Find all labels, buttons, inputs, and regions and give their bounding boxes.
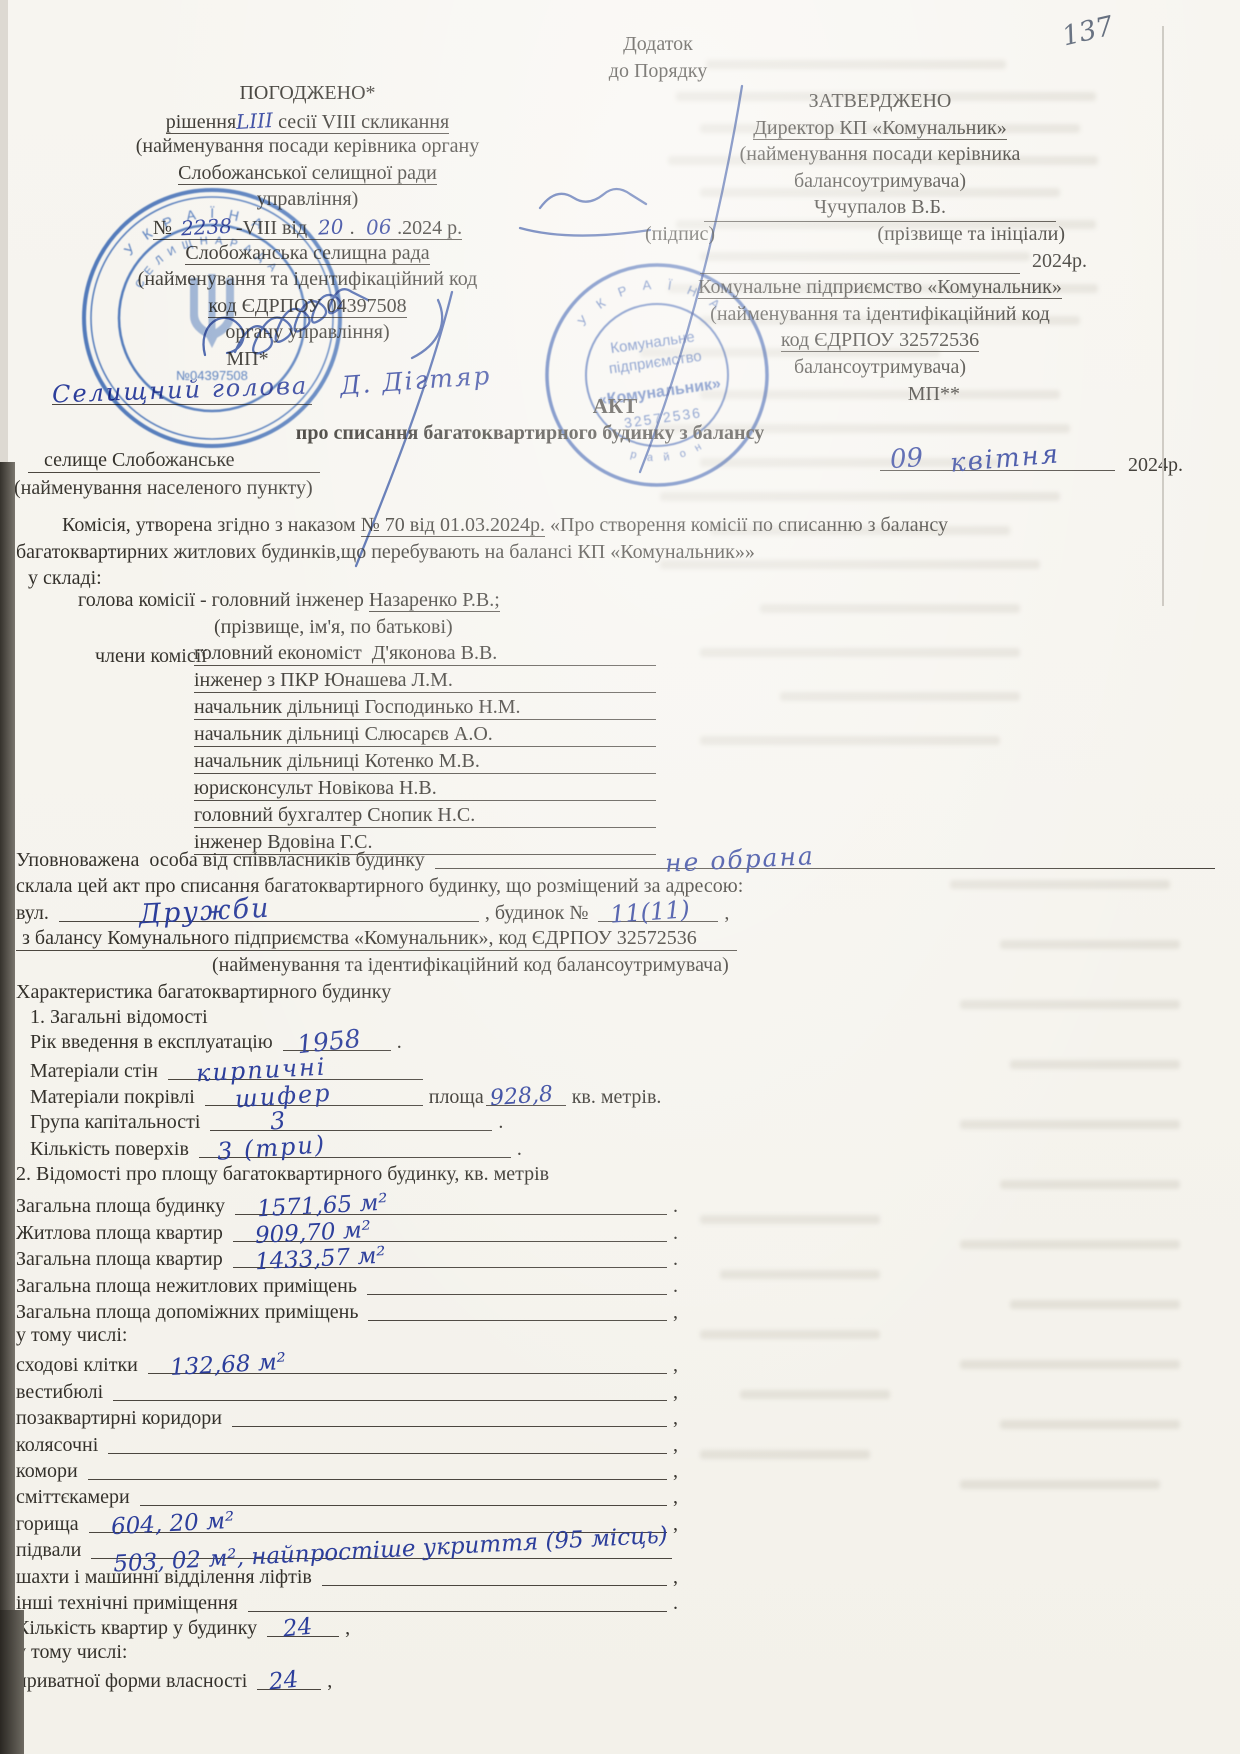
scan-edge-top-left — [0, 0, 8, 462]
agreed-caption-head: (найменування посади керівника органу — [40, 135, 575, 162]
agreed-decision-suffix: сесії VIII скликання — [273, 111, 449, 133]
address-tail: , — [724, 902, 729, 925]
including-label-2: у тому числі: — [16, 1641, 127, 1664]
settlement-caption: (найменування населеного пункту) — [14, 477, 313, 500]
commission-paragraph-line2: багатоквартирних житлових будинків,що пе… — [16, 539, 1216, 566]
apartments-count-line: Кількість квартир у будинку 24 , — [16, 1614, 436, 1640]
agreed-session-handwritten: LIII — [236, 108, 274, 134]
commission-paragraph-line3: у складі: — [16, 565, 1216, 592]
year-built-label: Рік введення в експлуатацію — [30, 1031, 273, 1054]
form-row-tail: . — [673, 1222, 678, 1245]
form-row-tail: , — [673, 1381, 678, 1404]
capital-group-fill: 3 — [210, 1108, 492, 1131]
form-row-line: 503, 02 м², найпростіше укриття (95 місц… — [91, 1536, 672, 1559]
annex-line2: до Порядку — [578, 59, 738, 86]
approved-name: Чучупалов В.Б. — [704, 194, 1056, 221]
form-row-label: сміттєкамери — [16, 1486, 130, 1509]
commission-paragraph-line1: Комісія, утворена згідно з наказом № 70 … — [16, 512, 1216, 539]
form-row: Загальна площа нежитлових приміщень . — [16, 1271, 678, 1297]
member-name: головний бухгалтер Снопик Н.С. — [194, 804, 656, 828]
roof-area-fill: 928,8 — [486, 1083, 566, 1106]
approved-title: ЗАТВЕРДЖЕНО — [600, 88, 1160, 115]
form-row-tail: , — [673, 1513, 678, 1536]
form-row: вестибюлі , — [16, 1377, 678, 1403]
form-row-tail: , — [673, 1460, 678, 1483]
form-row-label: Загальна площа квартир — [16, 1248, 223, 1271]
form-row-line — [368, 1298, 667, 1321]
member-name: начальник дільниці Котенко М.В. — [194, 750, 656, 774]
capital-group-label: Група капітальності — [30, 1111, 200, 1134]
form-row-label: горища — [16, 1513, 79, 1536]
form-row-tail: , — [673, 1407, 678, 1430]
form-row-tail: , — [673, 1434, 678, 1457]
form-row-line — [367, 1272, 667, 1295]
commission-p1-start: Комісія, утворена згідно з наказом — [62, 514, 361, 536]
act-date-month-handwritten: квітня — [949, 439, 1061, 478]
commission-head-name: Назаренко Р.В.; — [369, 589, 500, 612]
form-row-label: вестибюлі — [16, 1381, 103, 1404]
member-row: начальник дільниці Слюсарєв А.О. — [194, 723, 656, 750]
private-ownership-label: приватної форми власності — [16, 1670, 247, 1693]
balance-line: з балансу Комунального підприємства «Ком… — [16, 927, 737, 951]
form-row: інші технічні приміщення . — [16, 1589, 678, 1615]
year-built-tail: . — [397, 1031, 402, 1054]
form-row-tail: . — [673, 1195, 678, 1218]
private-ownership-fill: 24 — [257, 1667, 321, 1690]
commission-head-line: голова комісії - головний інженер Назаре… — [78, 589, 500, 612]
form-row-line: 1571,65 м² — [235, 1192, 667, 1215]
act-date-line: 09 квітня 2024р. — [880, 444, 1183, 477]
commission-head-caption: (прізвище, ім'я, по батькові) — [214, 616, 453, 639]
roof-area-tail: кв. метрів. — [572, 1086, 662, 1109]
members-label: члени комісії — [95, 645, 207, 668]
agreed-decision-prefix: рішення — [166, 111, 236, 133]
agreed-title: ПОГОДЖЕНО* — [40, 82, 575, 109]
section1-heading: 1. Загальні відомості — [30, 1006, 208, 1029]
company-stamp: У К Р А Ї Н А р а й о н Комунальне підпр… — [532, 250, 782, 500]
form-row: колясочні , — [16, 1430, 678, 1456]
form-row-label: Загальна площа будинку — [16, 1195, 225, 1218]
form-row-label: Загальна площа нежитлових приміщень — [16, 1275, 357, 1298]
apartments-count-handwritten: 24 — [282, 1614, 314, 1643]
capital-group-handwritten: 3 — [269, 1107, 287, 1136]
form-row-tail: . — [673, 1592, 678, 1615]
member-row: начальник дільниці Котенко М.В. — [194, 750, 656, 777]
approved-caption-name: (прізвище та ініціали) — [877, 221, 1065, 248]
commission-order-ref: № 70 від 01.03.2024р. — [361, 514, 545, 537]
floors-tail: . — [517, 1138, 522, 1161]
address-building-handwritten: 11(11) — [610, 896, 692, 929]
member-row: головний економіст Д'яконова В.В. — [194, 642, 656, 669]
form-row-line — [88, 1457, 667, 1480]
form-row-line — [322, 1563, 667, 1586]
including-label-1: у тому числі: — [16, 1324, 127, 1347]
capital-group-tail: . — [498, 1111, 503, 1134]
member-name: юрисконсульт Новікова Н.В. — [194, 777, 656, 801]
year-built-fill: 1958 — [283, 1028, 391, 1051]
scan-edge-left-band — [0, 462, 15, 1754]
walls-fill: кирпичні — [168, 1057, 423, 1080]
scan-edge-right-line — [1162, 26, 1164, 606]
form-row-label: інші технічні приміщення — [16, 1592, 238, 1615]
trident-emblem — [190, 274, 234, 348]
act-date-day-handwritten: 09 — [889, 443, 924, 475]
address-street-line: Дружби — [59, 899, 479, 922]
roof-label: Матеріали покрівлі — [30, 1086, 195, 1109]
member-name: головний економіст Д'яконова В.В. — [194, 642, 656, 666]
annex-block: Додаток до Порядку — [578, 32, 738, 85]
approved-position-line: Директор КП «Комунальник» — [600, 115, 1160, 142]
form-row-line: 909,70 м² — [233, 1219, 667, 1242]
agreed-month-handwritten: 06 — [365, 214, 392, 239]
year-built-line: Рік введення в експлуатацію 1958 . — [30, 1028, 450, 1054]
act-subject: про списання багатоквартирного будинку з… — [0, 422, 1060, 445]
approved-sign-captions: (підпис) (прізвище та ініціали) — [600, 221, 1160, 248]
address-building-label: , будинок № — [485, 902, 589, 925]
floors-handwritten: 3 (три) — [216, 1131, 327, 1167]
private-ownership-tail: , — [327, 1670, 332, 1693]
approved-position: Директор КП «Комунальник» — [753, 117, 1007, 140]
walls-label: Матеріали стін — [30, 1060, 158, 1083]
form-row-label: колясочні — [16, 1434, 98, 1457]
form-row-tail: , — [673, 1354, 678, 1377]
settlement-name: селище Слобожанське — [28, 449, 320, 473]
form-row: комори , — [16, 1457, 678, 1483]
form-row-label: комори — [16, 1460, 78, 1483]
roof-line: Матеріали покрівлі шифер площа 928,8 кв.… — [30, 1083, 750, 1109]
form-row: позаквартирні коридори , — [16, 1404, 678, 1430]
address-building-line: 11(11) — [598, 899, 718, 922]
member-name: начальник дільниці Господинько Н.М. — [194, 696, 656, 720]
form-row-line: 1433,57 м² — [233, 1245, 667, 1268]
floors-label: Кількість поверхів — [30, 1138, 189, 1161]
private-ownership-line: приватної форми власності 24 , — [16, 1667, 396, 1693]
walls-line: Матеріали стін кирпичні — [30, 1057, 510, 1083]
approved-caption-holder: балансоутримувача) — [600, 168, 1160, 195]
member-row: юрисконсульт Новікова Н.В. — [194, 777, 656, 804]
detail-rows-list: сходові клітки 132,68 м² , вестибюлі , п… — [16, 1351, 678, 1615]
member-row: начальник дільниці Господинько Н.М. — [194, 696, 656, 723]
form-row-label: Житлова площа квартир — [16, 1222, 223, 1245]
area-rows-list: Загальна площа будинку 1571,65 м² . Житл… — [16, 1192, 678, 1324]
approved-name-line: Чучупалов В.Б. — [600, 194, 1160, 221]
member-name: інженер з ПКР Юнашева Л.М. — [194, 669, 656, 693]
private-ownership-handwritten: 24 — [268, 1667, 300, 1696]
form-row: Житлова площа квартир 909,70 м² . — [16, 1218, 678, 1244]
form-row-label: сходові клітки — [16, 1354, 138, 1377]
form-row-line — [232, 1404, 667, 1427]
form-row-line — [140, 1483, 667, 1506]
settlement-line: селище Слобожанське — [28, 449, 320, 473]
form-row-label: підвали — [16, 1539, 81, 1562]
approved-year: 2024р. — [1032, 248, 1087, 274]
address-street-label: вул. — [16, 902, 49, 925]
scan-edge-bottom-left — [0, 1610, 24, 1754]
address-line: вул. Дружби , будинок № 11(11) , — [16, 899, 796, 925]
floors-line: Кількість поверхів 3 (три) . — [30, 1135, 630, 1161]
form-row-tail: . — [673, 1248, 678, 1271]
address-street-handwritten: Дружби — [138, 893, 271, 931]
form-row-line — [248, 1589, 667, 1612]
form-row: Загальна площа квартир 1433,57 м² . — [16, 1245, 678, 1271]
form-row: Загальна площа будинку 1571,65 м² . — [16, 1192, 678, 1218]
roof-fill: шифер — [205, 1083, 423, 1106]
act-statement: склала цей акт про списання багатокварти… — [16, 875, 743, 898]
annex-line1: Додаток — [578, 32, 738, 59]
authorized-fill-line: не обрана — [435, 846, 1215, 869]
commission-p1-end: «Про створення комісії по списанню з бал… — [545, 514, 948, 536]
scanned-document-page: 137 Додаток до Порядку ПОГОДЖЕНО* рішенн… — [0, 0, 1240, 1754]
form-row: Загальна площа допоміжних приміщень , — [16, 1298, 678, 1324]
form-row-label: позаквартирні коридори — [16, 1407, 222, 1430]
approved-caption-head: (найменування посади керівника — [600, 141, 1160, 168]
form-row-label: Загальна площа допоміжних приміщень — [16, 1301, 358, 1324]
roof-area-label: площа — [429, 1086, 484, 1109]
form-row-line — [113, 1378, 667, 1401]
floors-fill: 3 (три) — [199, 1135, 511, 1158]
form-row: підвали 503, 02 м², найпростіше укриття … — [16, 1536, 678, 1562]
authorized-label: Уповноважена особа від співвласників буд… — [16, 849, 425, 872]
balance-text: з балансу Комунального підприємства «Ком… — [16, 927, 737, 951]
authorized-line: Уповноважена особа від співвласників буд… — [16, 846, 1221, 872]
member-row: головний бухгалтер Снопик Н.С. — [194, 804, 656, 831]
form-row-tail: , — [673, 1301, 678, 1324]
act-date-year: 2024р. — [1128, 454, 1183, 476]
members-list: головний економіст Д'яконова В.В. інжене… — [194, 642, 656, 858]
approved-caption-sign: (підпис) — [645, 221, 715, 248]
section2-heading: 2. Відомості про площу багатоквартирного… — [16, 1163, 549, 1186]
balance-caption: (найменування та ідентифікаційний код ба… — [212, 954, 729, 977]
form-row-line: 132,68 м² — [148, 1351, 667, 1374]
form-row: сходові клітки 132,68 м² , — [16, 1351, 678, 1377]
apartments-count-tail: , — [345, 1617, 350, 1640]
apartments-count-fill: 24 — [267, 1614, 339, 1637]
member-row: інженер з ПКР Юнашева Л.М. — [194, 669, 656, 696]
characteristics-heading: Характеристика багатоквартирного будинку — [16, 981, 391, 1004]
agreed-year-tail: .2024 р. — [397, 217, 462, 239]
commission-paragraph: Комісія, утворена згідно з наказом № 70 … — [16, 512, 1216, 592]
form-row-tail: , — [673, 1486, 678, 1509]
member-name: начальник дільниці Слюсарєв А.О. — [194, 723, 656, 747]
form-row-tail: , — [673, 1566, 678, 1589]
council-stamp-code: №04397508 — [176, 368, 248, 383]
agreed-decision-line: рішенняLIII сесії VIII скликання — [40, 109, 575, 136]
act-title: АКТ — [0, 394, 1230, 419]
commission-head-label: голова комісії - головний інженер — [78, 589, 369, 611]
form-row-tail: . — [673, 1275, 678, 1298]
apartments-count-label: Кількість квартир у будинку — [16, 1617, 257, 1640]
approved-edrpou: код ЄДРПОУ 32572536 — [781, 329, 979, 352]
form-row: сміттєкамери , — [16, 1483, 678, 1509]
form-row-line — [108, 1431, 667, 1454]
